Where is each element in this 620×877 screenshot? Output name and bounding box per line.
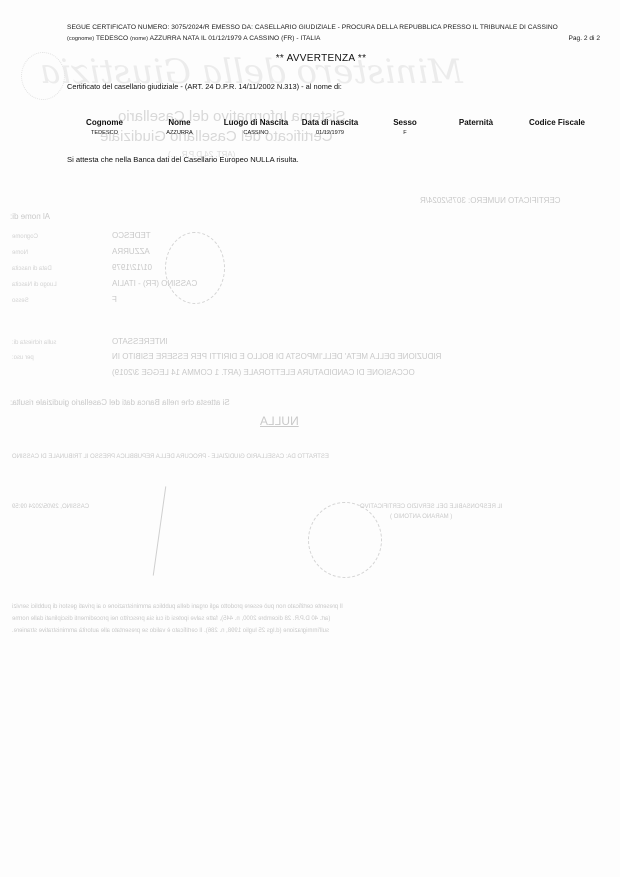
cell-codice-fiscale [507,128,607,137]
person-table: Cognome Nome Luogo di Nascita Data di na… [67,117,607,137]
column-header-sesso: Sesso [365,117,445,128]
table-header-row: Cognome Nome Luogo di Nascita Data di na… [67,117,607,128]
name-label: (nome) [130,36,148,42]
certificate-content: SEGUE CERTIFICATO NUMERO: 3075/2024/R EM… [0,0,620,877]
header-person-line: (cognome) TEDESCO (nome) AZZURRA NATA IL… [67,35,320,42]
table-row: TEDESCO AZZURRA CASSINO 01/12/1979 F [67,128,607,137]
cell-data-nascita: 01/12/1979 [295,128,365,137]
column-header-codice-fiscale: Codice Fiscale [507,117,607,128]
column-header-paternita: Paternità [445,117,507,128]
cell-nome: AZZURRA [142,128,217,137]
column-header-nome: Nome [142,117,217,128]
page-number: Pag. 2 di 2 [568,35,600,42]
cell-sesso: F [365,128,445,137]
surname-label: (cognome) [67,36,94,42]
name-birth-value: AZZURRA NATA IL 01/12/1979 A CASSINO (FR… [150,35,321,42]
attestation-text: Si attesta che nella Banca dati del Case… [67,155,299,164]
cell-luogo-nascita: CASSINO [217,128,295,137]
warning-title: ** AVVERTENZA ** [0,53,620,64]
column-header-cognome: Cognome [67,117,142,128]
intro-text: Certificato del casellario giudiziale - … [67,82,342,91]
column-header-data-nascita: Data di nascita [295,117,365,128]
surname-value: TEDESCO [96,35,128,42]
cell-cognome: TEDESCO [67,128,142,137]
column-header-luogo-nascita: Luogo di Nascita [217,117,295,128]
header-certificate-line: SEGUE CERTIFICATO NUMERO: 3075/2024/R EM… [67,24,558,31]
cell-paternita [445,128,507,137]
certificate-page: Ministero della Giustizia Sistema Inform… [0,0,620,877]
